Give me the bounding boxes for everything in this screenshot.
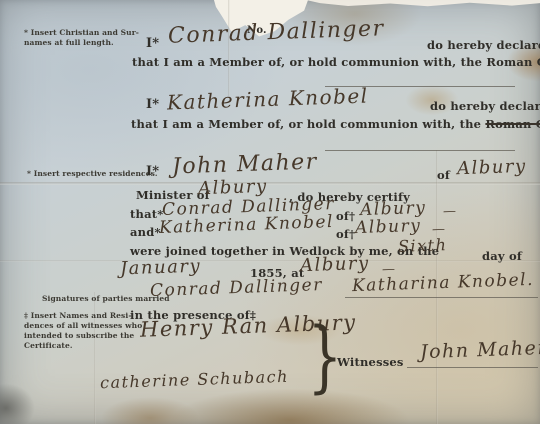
fold-crease [0, 182, 540, 185]
wedding-day-handwriting: Sixth [398, 235, 448, 256]
witness2-signature: catherine Schubach [100, 367, 289, 393]
of-dagger-label-2: of† [336, 227, 355, 241]
witnesses-label: Witnesses [337, 355, 404, 369]
minister-residence-handwriting: Albury [457, 156, 527, 179]
bride-signature: Katharina Knobel. [352, 270, 535, 296]
margin-note-witnesses-line4: Certificate. [24, 341, 73, 350]
day-of-label: day of [482, 249, 522, 263]
minister-signature: John Maher [420, 337, 540, 363]
of-dagger-label-1: of† [336, 209, 355, 223]
margin-note-fullname-line2: names at full length. [24, 38, 114, 47]
declarant2-name-handwriting: Katherina Knobel [167, 83, 369, 114]
church-name-struck: Roman Catholic [485, 117, 540, 131]
margin-note-witnesses-line2: dences of all witnesses who [24, 321, 142, 330]
bride-residence-handwriting: Albury [355, 216, 422, 238]
minister-signature-rule [407, 367, 538, 368]
i-label-3: I* [146, 164, 159, 179]
margin-note-fullname: * Insert Christian and Sur- names at ful… [24, 28, 139, 48]
margin-note-witnesses-line3: intended to subscribe the [24, 331, 134, 340]
wedding-place-handwriting: Albury [300, 253, 370, 276]
and-label: and* [130, 225, 161, 239]
communion-prefix-2: that I am a Member of, or hold communion… [131, 117, 481, 131]
declare-label-2: do hereby declare [430, 99, 540, 113]
torn-top-edge [306, 0, 540, 7]
signature-rule [345, 297, 538, 298]
i-label-2: I* [146, 97, 159, 112]
communion-line-2: that I am a Member of, or hold communion… [131, 117, 540, 131]
church-name-1: Roman Catholic [486, 55, 540, 69]
minister-name-handwriting: John Maher [172, 149, 319, 179]
i-label-1: I* [146, 36, 159, 51]
margin-note-witnesses: ‡ Insert Names and Resi- dences of all w… [24, 311, 142, 352]
communion-line-1: that I am a Member of, or hold communion… [132, 55, 540, 69]
margin-note-residences: * Insert respective residences. [27, 169, 158, 179]
declare-label-1: do hereby declare [427, 38, 540, 52]
of-label: of [437, 168, 450, 182]
communion-prefix-1: that I am a Member of, or hold communion… [132, 55, 482, 69]
margin-note-fullname-line1: * Insert Christian and Sur- [24, 28, 139, 37]
declarant1-name-handwriting: Conrad Dallinger [168, 16, 385, 49]
flourish-dash-1: — [443, 204, 458, 219]
marriage-certificate-document: * Insert Christian and Sur- names at ful… [0, 0, 540, 424]
divider-rule [325, 150, 515, 151]
margin-note-witnesses-line1: ‡ Insert Names and Resi- [24, 311, 132, 320]
fold-crease [0, 260, 540, 262]
wedding-month-handwriting: January [120, 256, 202, 280]
groom-signature: Conrad Dallinger [150, 275, 323, 301]
